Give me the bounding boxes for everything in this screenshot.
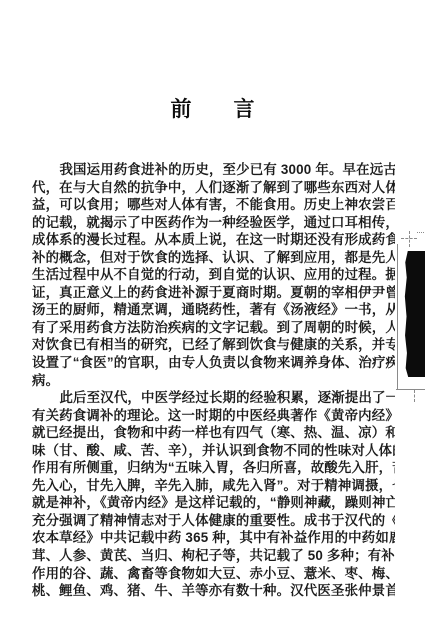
- text-line: 有关药食调补的理论。这一时期的中医经典著作《黄帝内经》中: [32, 407, 395, 425]
- text-line: 作用的谷、蔬、禽畜等食物如大豆、赤小豆、薏米、枣、梅、: [32, 565, 395, 583]
- text-line: 此后至汉代，中医学经过长期的经验积累，逐渐提出了一套: [32, 389, 395, 407]
- text-line: 作用有所侧重，归纳为“五味入胃，各归所喜，故酸先入肝，苦: [32, 459, 395, 477]
- text-line: 病。: [32, 372, 395, 390]
- scan-crop-mark-bottom-vertical: [414, 390, 415, 402]
- text-line: 对饮食已有相当的研究，已经了解到饮食与健康的关系，并专门: [32, 336, 395, 354]
- text-line: 证，真正意义上的药食进补源于夏商时期。夏朝的宰相伊尹曾任: [32, 284, 395, 302]
- text-line: 代，在与大自然的抗争中，人们逐渐了解到了哪些东西对人体有: [32, 179, 395, 197]
- text-line: 生活过程中从不自觉的行动，到自觉的认识、应用的过程。据考: [32, 266, 395, 284]
- scan-crop-mark-top-horizontal: [401, 238, 417, 239]
- text-line: 味（甘、酸、咸、苦、辛），并认识到食物不同的性味对人体的: [32, 442, 395, 460]
- text-line: 农本草经》中共记载中药 365 种，其中有补益作用的中药如鹿: [32, 529, 395, 547]
- text-line: 有了采用药食方法防治疾病的文字记载。到了周朝的时候，人们: [32, 319, 395, 337]
- page-title: 前 言: [0, 93, 425, 123]
- paragraph: 此后至汉代，中医学经过长期的经验积累，逐渐提出了一套有关药食调补的理论。这一时期…: [32, 389, 395, 600]
- body-text: 我国运用药食进补的历史，至少已有 3000 年。早在远古时代，在与大自然的抗争中…: [32, 161, 395, 600]
- paragraph: 我国运用药食进补的历史，至少已有 3000 年。早在远古时代，在与大自然的抗争中…: [32, 161, 395, 389]
- text-line: 就是神补，《黄帝内经》是这样记载的，“静则神藏，躁则神亡”，: [32, 494, 395, 512]
- text-line: 桃、鲤鱼、鸡、猪、牛、羊等亦有数十种。汉代医圣张仲景首创: [32, 582, 395, 600]
- text-line: 就已经提出，食物和中药一样也有四气（寒、热、温、凉）和五: [32, 424, 395, 442]
- text-line: 我国运用药食进补的历史，至少已有 3000 年。早在远古时: [32, 161, 395, 179]
- text-line: 补的概念，但对于饮食的选择、认识、了解到应用，都是先人从: [32, 249, 395, 267]
- text-line: 充分强调了精神情志对于人体健康的重要性。成书于汉代的《神: [32, 512, 395, 530]
- text-line: 茸、人参、黄芪、当归、枸杞子等，共记载了 50 多种；有补益: [32, 547, 395, 565]
- text-line: 先入心，甘先入脾，辛先入肺，咸先入肾”。对于精神调摄，也: [32, 477, 395, 495]
- text-line: 汤王的厨师，精通烹调，通晓药性，著有《汤液经》一书，从此: [32, 301, 395, 319]
- text-line: 的记载，就揭示了中医药作为一种经验医学，通过口耳相传，渐: [32, 214, 395, 232]
- scan-crop-mark-top-vertical: [409, 231, 410, 247]
- text-line: 成体系的漫长过程。从本质上说，在这一时期还没有形成药食进: [32, 231, 395, 249]
- text-line: 益，可以食用；哪些对人体有害，不能食用。历史上神农尝百草: [32, 196, 395, 214]
- scan-page-edge-line: [397, 244, 398, 390]
- scan-crop-mark-top-dash: [417, 232, 424, 233]
- text-line: 设置了“食医”的官职，由专人负责以食物来调养身体、治疗疾: [32, 354, 395, 372]
- scan-crop-mark-bottom-horizontal: [396, 389, 425, 390]
- page-edge-thumb-tab: [404, 251, 425, 377]
